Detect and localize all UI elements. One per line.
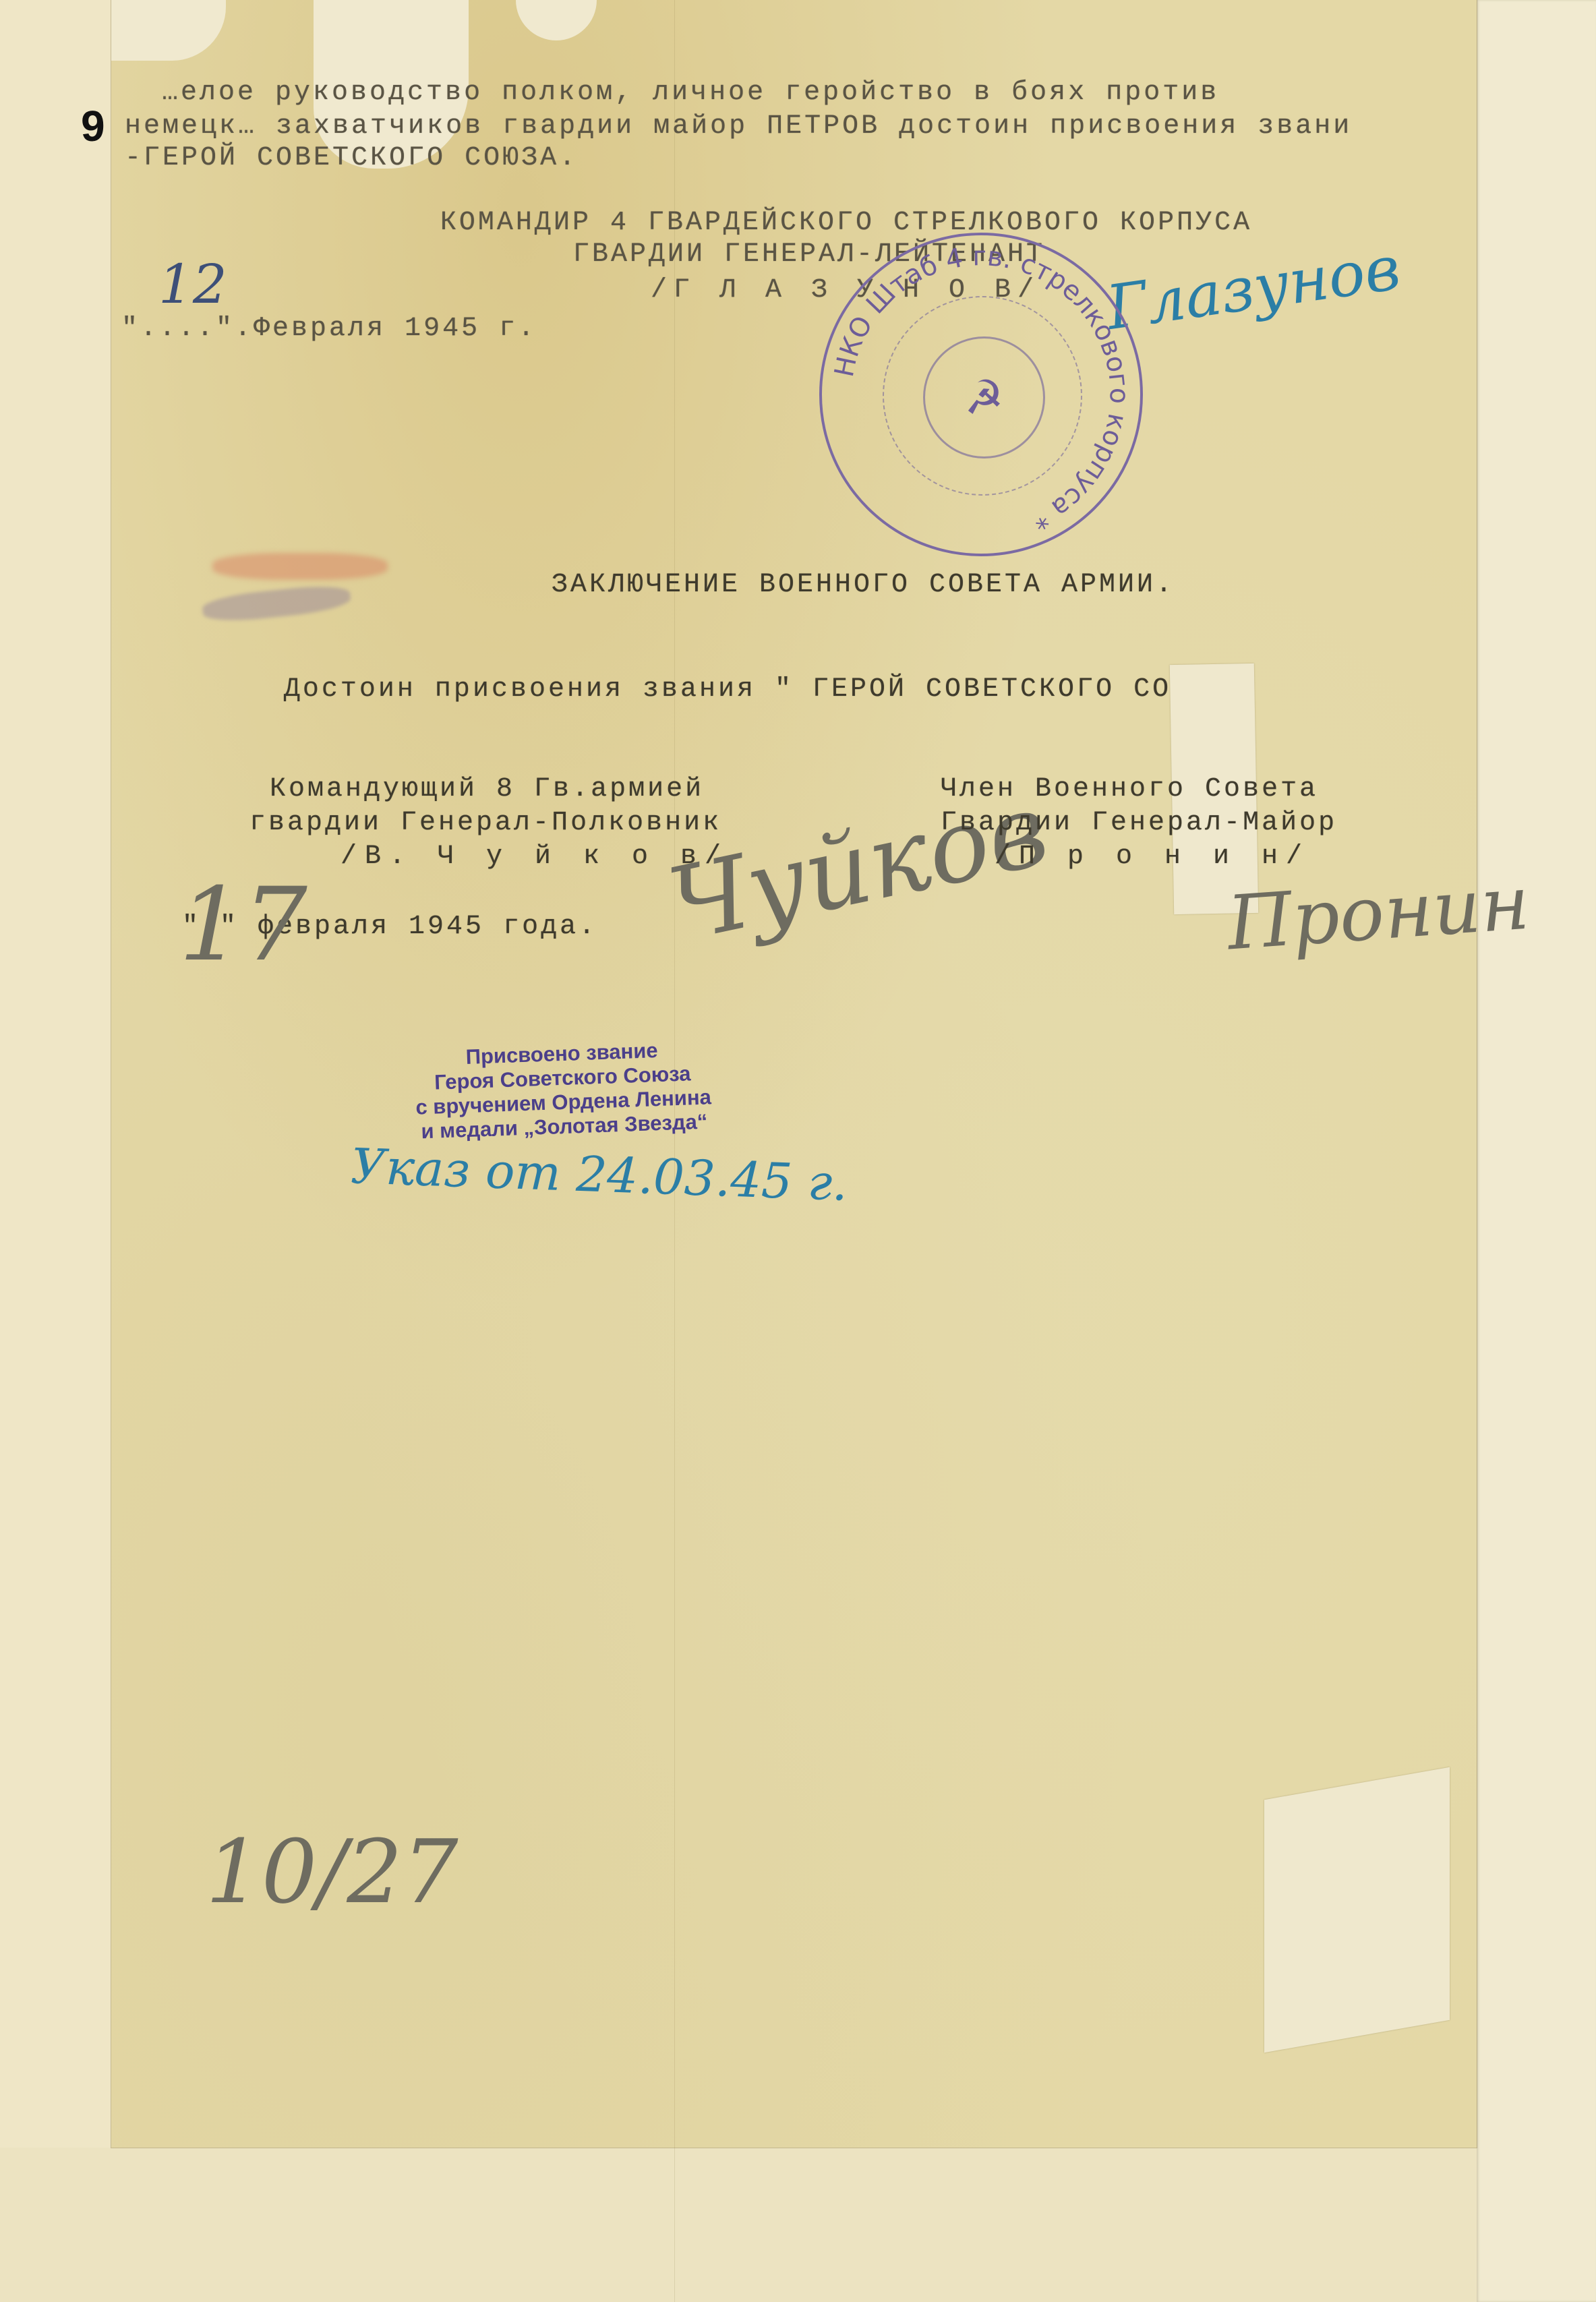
corps-seal: НКО Штаб 4 гв. стрелкового корпуса * ☭ — [819, 233, 1143, 556]
paper-patch — [1264, 1767, 1450, 2053]
council-member-name: /П р о н и н/ — [995, 842, 1310, 872]
archive-mark: 10/27 — [206, 1821, 459, 1923]
mount-bottom-strip — [0, 2148, 1477, 2302]
paragraph-line-1: …елое руководство полком, личное геройст… — [162, 78, 1219, 108]
council-heading: ЗАКЛЮЧЕНИЕ ВОЕННОГО СОВЕТА АРМИИ. — [552, 570, 1175, 600]
coat-of-arms-icon: ☭ — [923, 336, 1045, 459]
mount-right-strip — [1477, 0, 1596, 2302]
paper-tear — [111, 0, 226, 61]
council-member-rank: Гвардии Генерал-Майор — [941, 808, 1337, 838]
corps-commander-title: КОМАНДИР 4 ГВАРДЕЙСКОГО СТРЕЛКОВОГО КОРП… — [440, 208, 1252, 238]
ink-smudge — [202, 583, 352, 625]
corps-date: "....".Февраля 1945 г. — [121, 314, 537, 344]
paragraph-line-2: немецк… захватчиков гвардии майор ПЕТРОВ… — [125, 111, 1352, 142]
handwritten-day: 12 — [158, 253, 227, 316]
ink-smudge — [212, 553, 388, 580]
council-conclusion: Достоин присвоения звания " ГЕРОЙ СОВЕТС… — [284, 674, 1247, 705]
paper-tear — [516, 0, 597, 40]
army-commander-rank: гвардии Генерал-Полковник — [249, 808, 721, 838]
folio-number: 9 — [81, 101, 105, 151]
award-stamp: Присвоено звание Героя Советского Союза … — [366, 1035, 761, 1146]
army-commander-title: Командующий 8 Гв.армией — [270, 774, 704, 804]
army-date-handwritten-day: 17 — [179, 866, 307, 984]
paragraph-line-3: -ГЕРОЙ СОВЕТСКОГО СОЮЗА. — [125, 143, 578, 173]
council-member-title: Член Военного Совета — [941, 774, 1318, 804]
